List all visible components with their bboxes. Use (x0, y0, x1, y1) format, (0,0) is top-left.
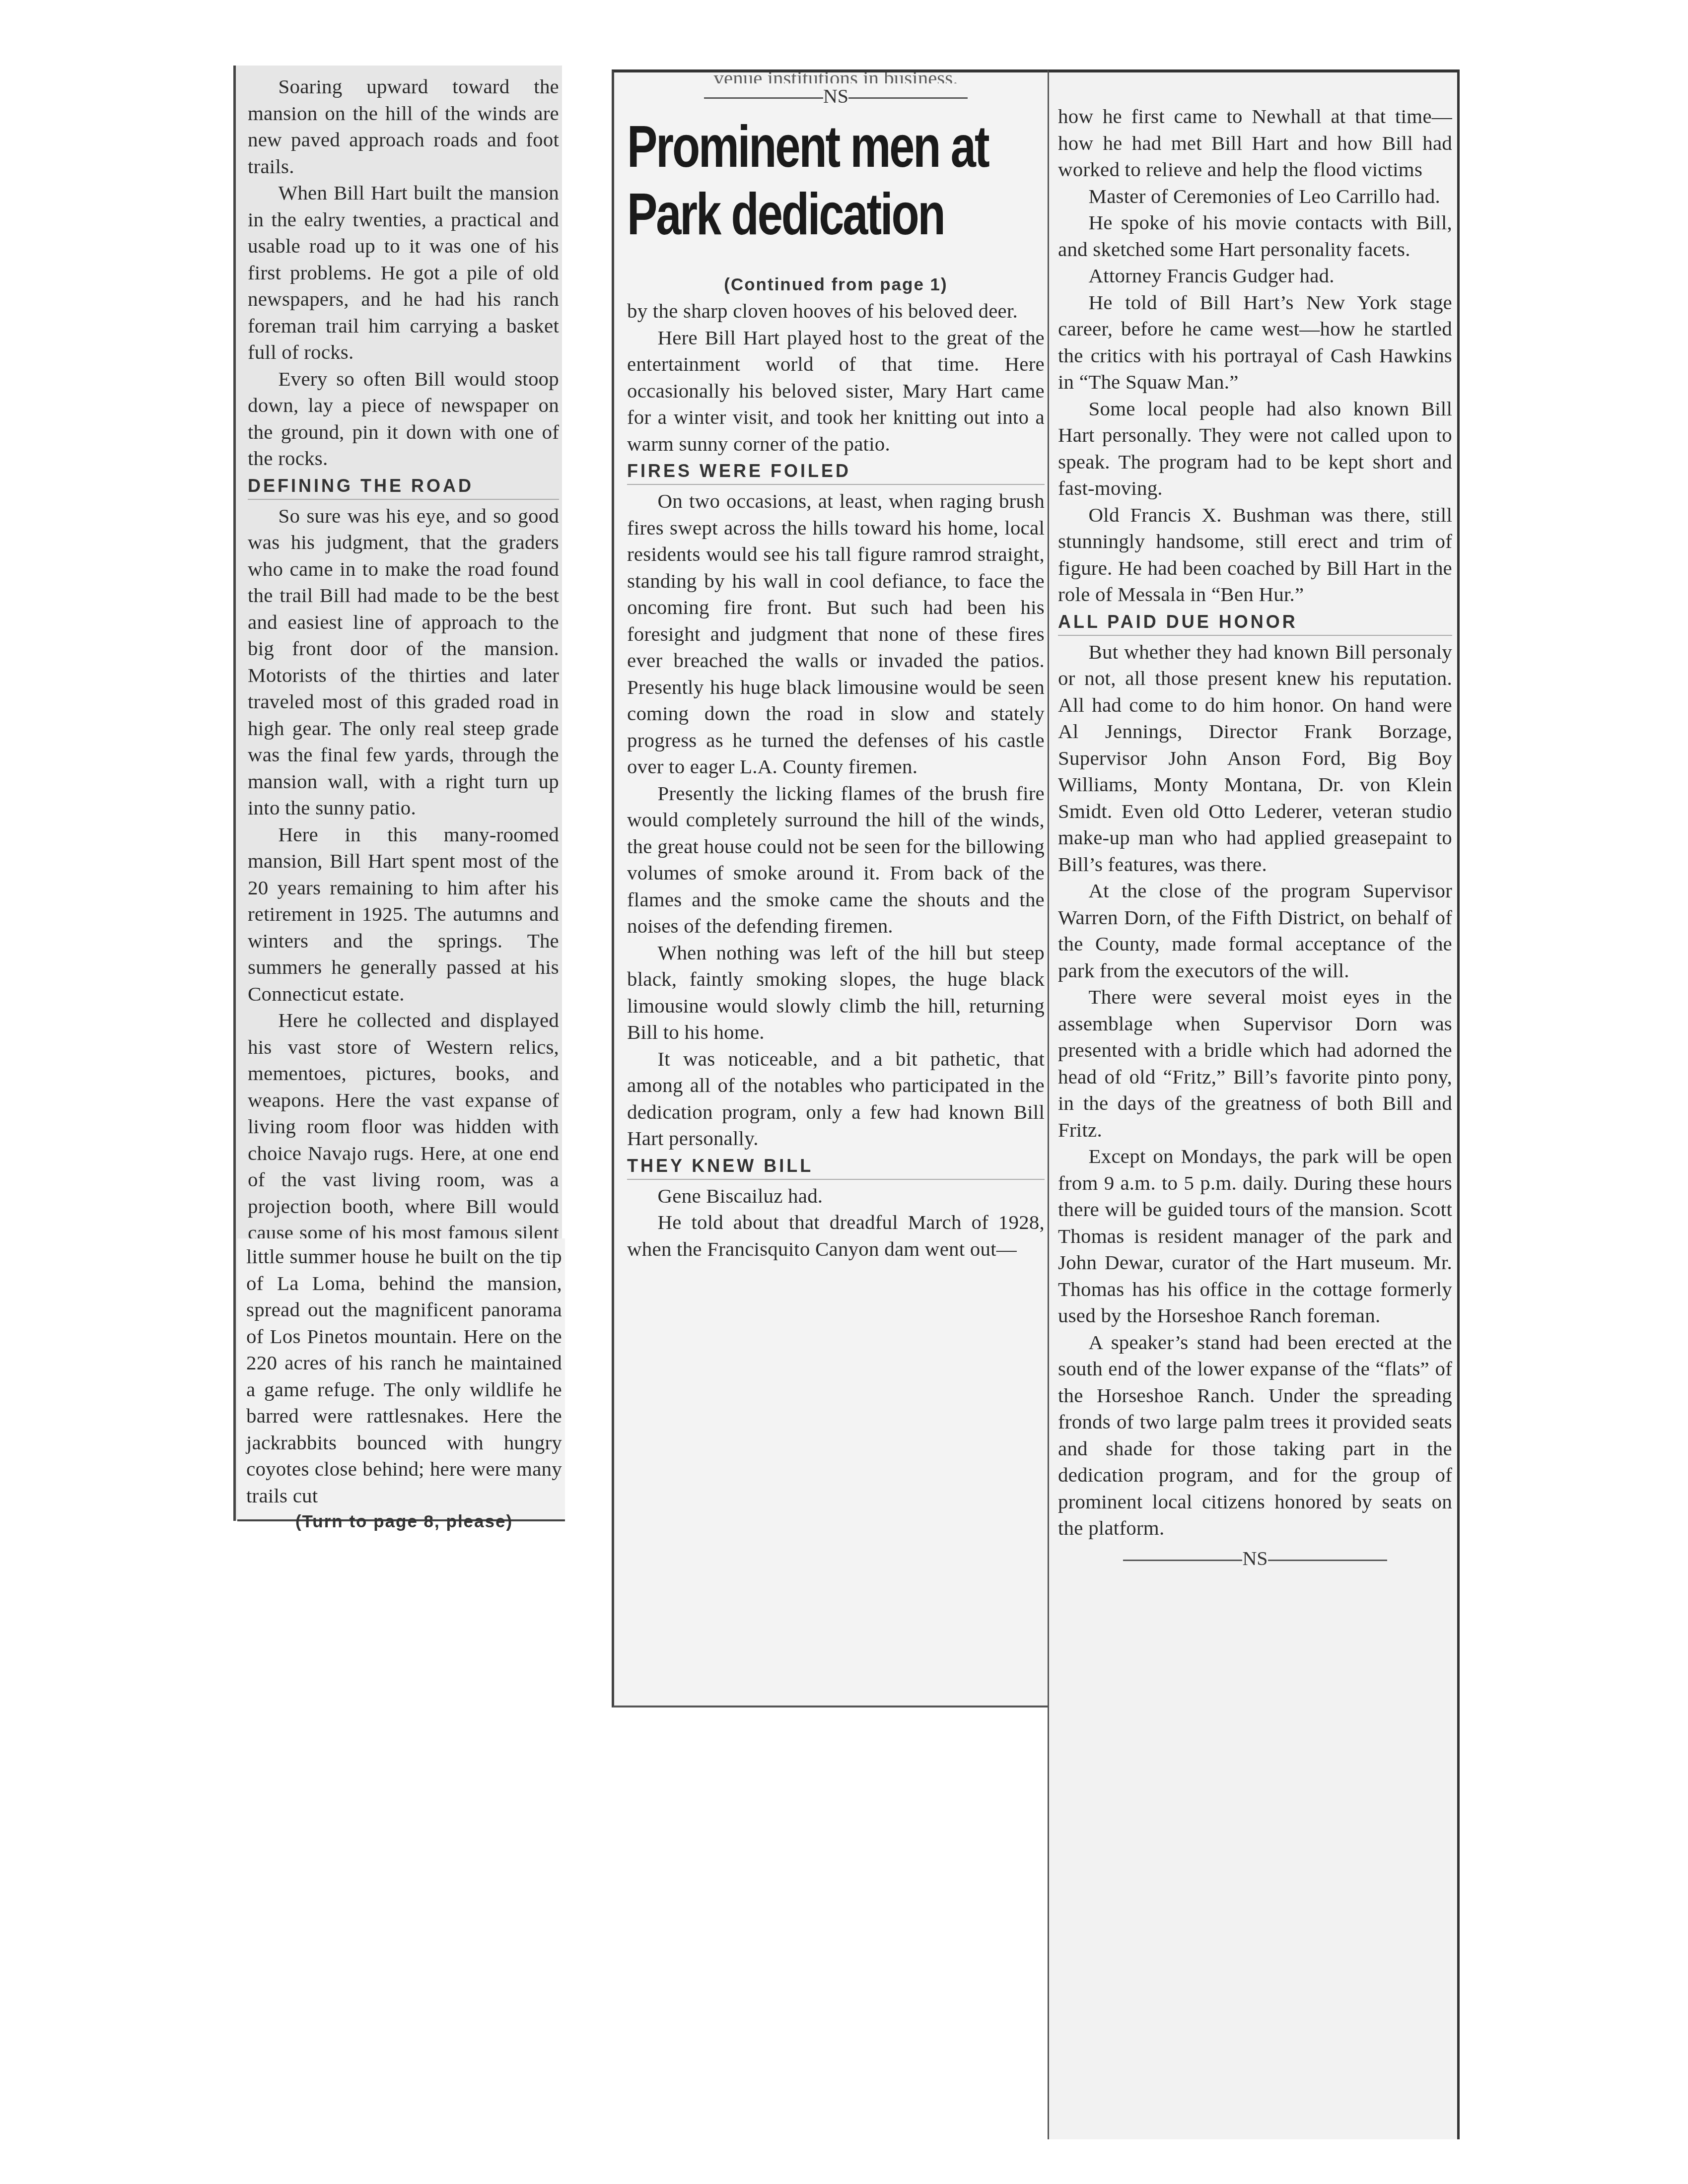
continued-line: (Continued from page 1) (627, 272, 1045, 298)
paragraph: Presently the licking flames of the brus… (627, 780, 1045, 940)
subhead-fires-were-foiled: FIRES WERE FOILED (627, 458, 1045, 485)
paragraph: Soaring upward toward the mansion on the… (248, 73, 559, 180)
paragraph: Gene Biscailuz had. (627, 1183, 1045, 1210)
rule-line (1123, 1560, 1242, 1561)
headline-line-1: Prominent men at (627, 113, 953, 181)
paragraph: by the sharp cloven hooves of his belove… (627, 298, 1045, 325)
paragraph: little summer house he built on the tip … (246, 1243, 562, 1509)
paragraph: Some local people had also known Bill Ha… (1058, 396, 1452, 502)
subhead-all-paid-due-honor: ALL PAID DUE HONOR (1058, 609, 1452, 636)
cut-off-line: venue institutions in business. (627, 72, 1045, 83)
paragraph: Except on Mondays, the park will be open… (1058, 1143, 1452, 1329)
ns-separator: NS (1058, 1546, 1452, 1571)
right-column-clipping: how he first came to Newhall at that tim… (1048, 69, 1460, 2139)
paragraph: It was noticeable, and a bit pathetic, t… (627, 1046, 1045, 1152)
paragraph: But whether they had known Bill personal… (1058, 639, 1452, 878)
subhead-they-knew-bill: THEY KNEW BILL (627, 1153, 1045, 1180)
paragraph: At the close of the program Supervisor W… (1058, 878, 1452, 984)
paragraph: Here in this many-roomed mansion, Bill H… (248, 821, 559, 1008)
paragraph: Every so often Bill would stoop down, la… (248, 366, 559, 472)
paragraph: Here Bill Hart played host to the great … (627, 325, 1045, 458)
paragraph: He told of Bill Hart’s New York stage ca… (1058, 289, 1452, 396)
paragraph: There were several moist eyes in the ass… (1058, 984, 1452, 1143)
middle-column-clipping: venue institutions in business. NS Promi… (612, 69, 1052, 1707)
paragraph: Old Francis X. Bushman was there, still … (1058, 502, 1452, 608)
left-column-lower-clipping: little summer house he built on the tip … (237, 1238, 565, 1521)
paragraph: A speaker’s stand had been erected at th… (1058, 1329, 1452, 1542)
headline-line-2: Park dedication (627, 181, 953, 248)
paragraph: He spoke of his movie contacts with Bill… (1058, 209, 1452, 263)
paragraph: When nothing was left of the hill but st… (627, 940, 1045, 1046)
jump-line: (Turn to page 8, please) (246, 1509, 562, 1535)
rule-line (1268, 1560, 1387, 1561)
paragraph: On two occasions, at least, when raging … (627, 488, 1045, 780)
headline: Prominent men at Park dedication (627, 113, 953, 248)
paragraph: He told about that dreadful March of 192… (627, 1209, 1045, 1262)
paragraph: When Bill Hart built the mansion in the … (248, 180, 559, 366)
paragraph: how he first came to Newhall at that tim… (1058, 103, 1452, 183)
paragraph: Attorney Francis Gudger had. (1058, 263, 1452, 289)
rule-line (704, 97, 823, 99)
ns-separator: NS (627, 83, 1045, 109)
ns-mark: NS (1242, 1547, 1267, 1570)
paragraph: So sure was his eye, and so good was his… (248, 503, 559, 821)
rule-line (848, 97, 968, 99)
ns-mark: NS (823, 85, 848, 107)
paragraph: Master of Ceremonies of Leo Carrillo had… (1058, 183, 1452, 210)
subhead-defining-the-road: DEFINING THE ROAD (248, 473, 559, 500)
